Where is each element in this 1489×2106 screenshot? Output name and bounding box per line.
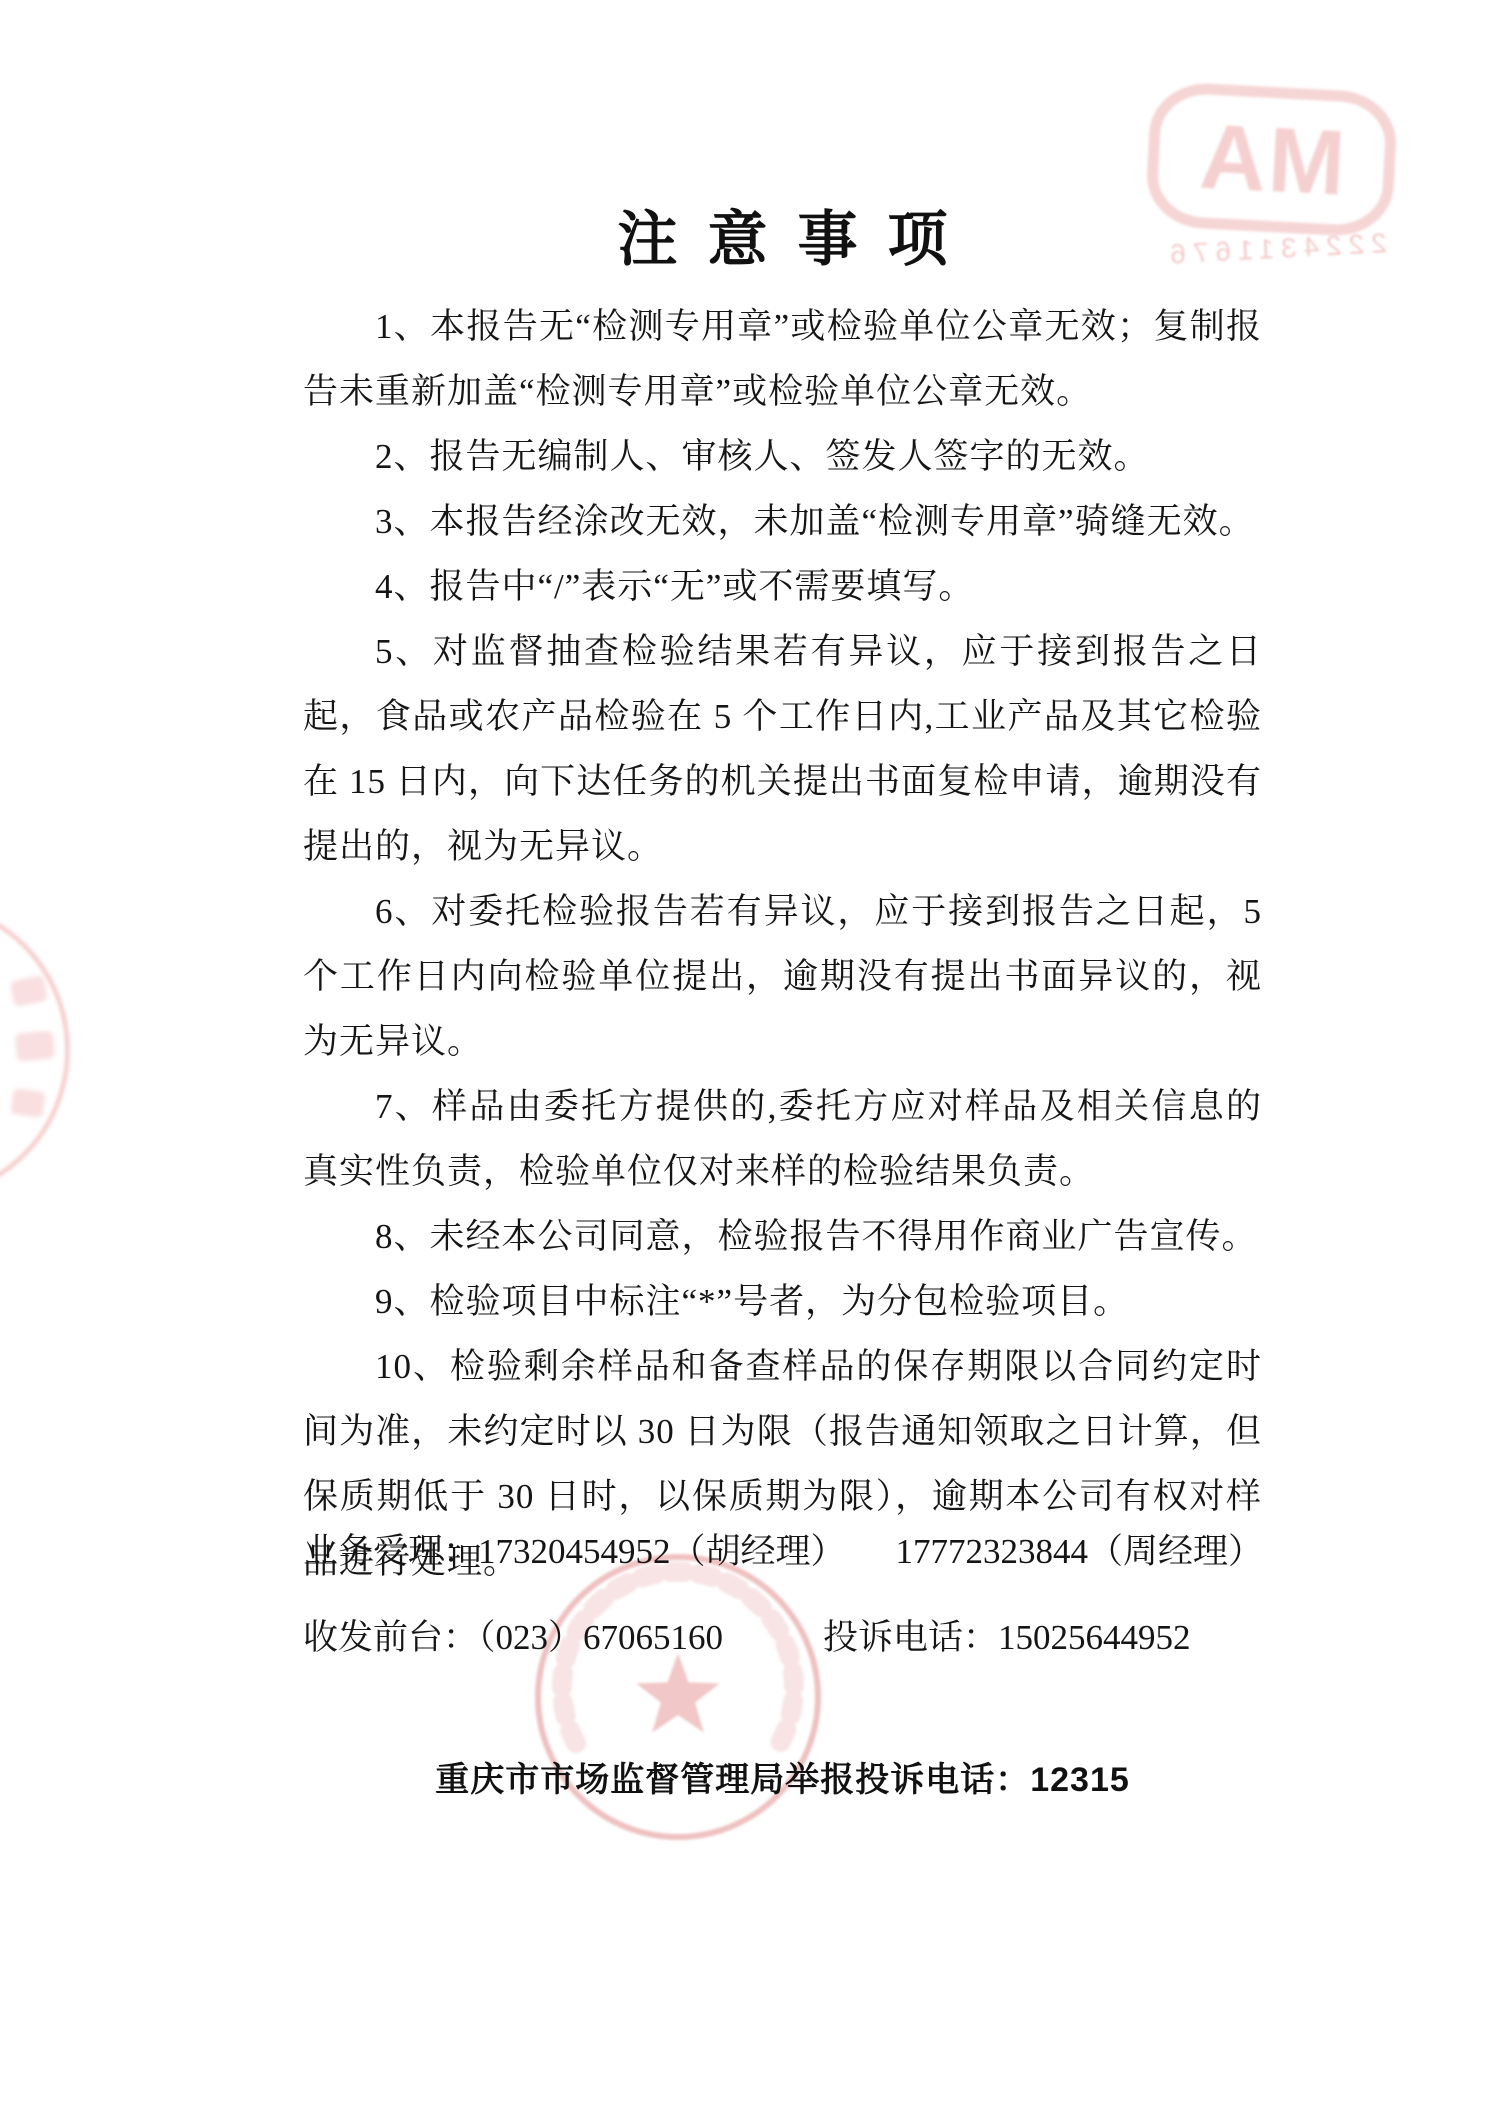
note-item-4: 4、报告中“/”表示“无”或不需要填写。: [303, 554, 1262, 619]
contact-line-frontdesk: 收发前台：（023）67065160投诉电话：15025644952: [303, 1610, 1403, 1660]
document-page: MA 2224311676 注意事项 1、本报告无“检测专用章”或检验单位公章无…: [0, 0, 1489, 2106]
note-item-8: 8、未经本公司同意，检验报告不得用作商业广告宣传。: [303, 1204, 1262, 1269]
contact-line-business: 业务受理：17320454952（胡经理）17772323844（周经理）: [303, 1524, 1403, 1574]
note-item-9: 9、检验项目中标注“*”号者，为分包检验项目。: [303, 1269, 1262, 1334]
notes-list: 1、本报告无“检测专用章”或检验单位公章无效；复制报告未重新加盖“检测专用章”或…: [303, 294, 1262, 1594]
complaint-label: 投诉电话：: [823, 1618, 998, 1657]
frontdesk-phone: （023）67065160: [478, 1618, 723, 1657]
complaint-phone: 15025644952: [998, 1618, 1191, 1657]
note-item-1: 1、本报告无“检测专用章”或检验单位公章无效；复制报告未重新加盖“检测专用章”或…: [303, 294, 1262, 424]
business-accept-label: 业务受理：: [303, 1532, 478, 1571]
left-seal-ink-mark: [10, 1088, 45, 1118]
note-item-7: 7、样品由委托方提供的,委托方应对样品及相关信息的真实性负责，检验单位仅对来样的…: [303, 1074, 1262, 1204]
frontdesk-label: 收发前台：: [303, 1618, 478, 1657]
left-seal-ink-mark: [15, 1030, 55, 1061]
note-item-6: 6、对委托检验报告若有异议，应于接到报告之日起，5 个工作日内向检验单位提出，逾…: [303, 879, 1262, 1074]
note-item-3: 3、本报告经涂改无效，未加盖“检测专用章”骑缝无效。: [303, 489, 1262, 554]
note-item-2: 2、报告无编制人、审核人、签发人签字的无效。: [303, 424, 1262, 489]
footer-hotline: 重庆市市场监督管理局举报投诉电话：12315: [303, 1752, 1262, 1801]
page-title: 注意事项: [303, 192, 1262, 278]
seal-star: [636, 1653, 720, 1733]
business-phone-1: 17320454952（胡经理）: [478, 1532, 846, 1571]
business-phone-2: 17772323844（周经理）: [896, 1532, 1264, 1571]
note-item-5: 5、对监督抽查检验结果若有异议，应于接到报告之日起，食品或农产品检验在 5 个工…: [303, 619, 1262, 879]
